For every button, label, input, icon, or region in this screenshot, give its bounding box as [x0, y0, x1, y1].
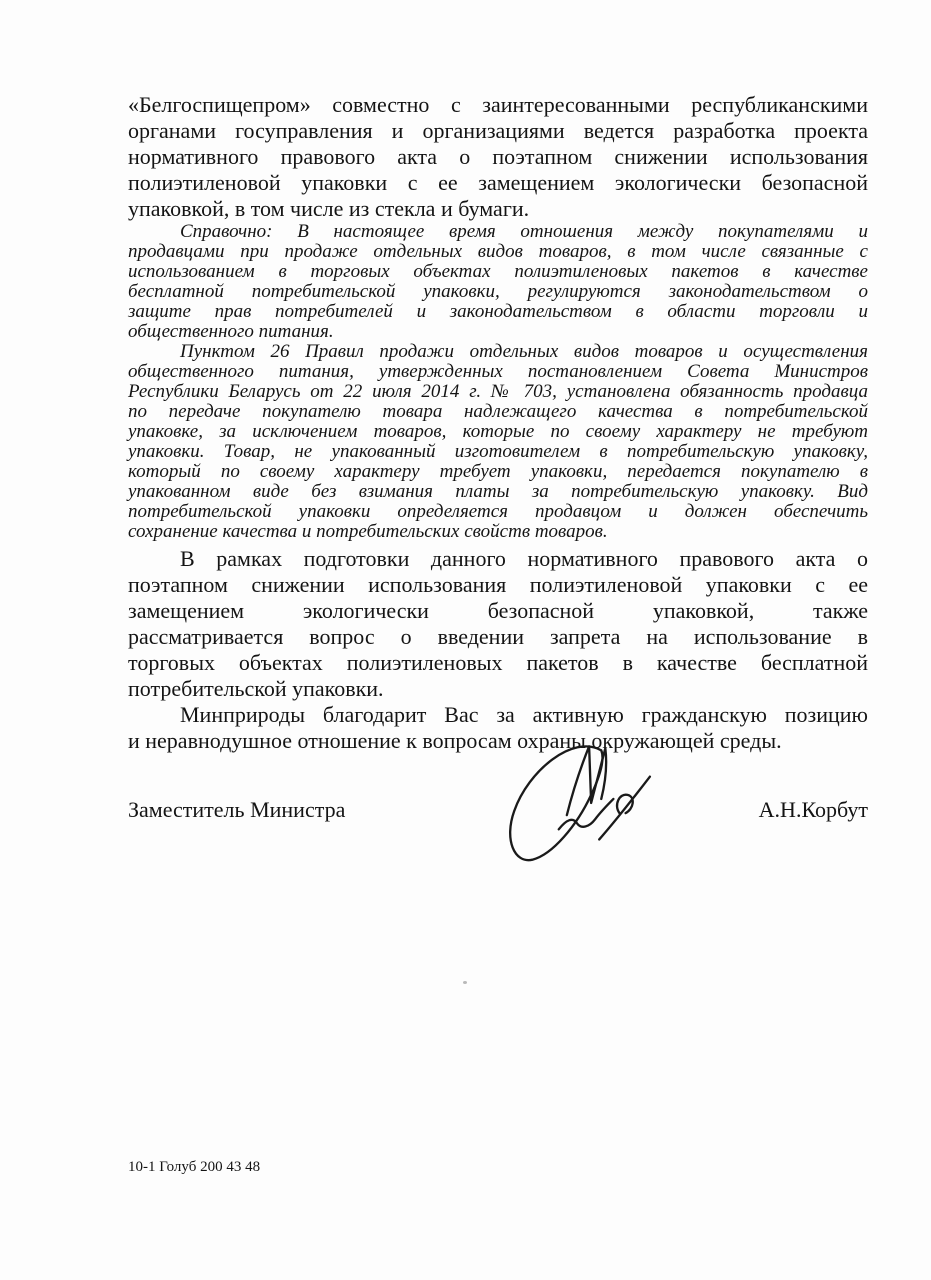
text-line: упаковки. Товар, не упакованный изготови… — [128, 442, 868, 462]
text-line: органами госуправления и организациями в… — [128, 118, 868, 144]
paragraph: Справочно: В настоящее время отношения м… — [128, 222, 868, 342]
footer-reference: 10-1 Голуб 200 43 48 — [128, 1158, 260, 1176]
text-line: сохранение качества и потребительских св… — [128, 522, 868, 542]
paragraph: Пунктом 26 Правил продажи отдельных видо… — [128, 342, 868, 542]
signer-name: А.Н.Корбут — [759, 797, 868, 823]
text-line: нормативного правового акта о поэтапном … — [128, 144, 868, 170]
text-line: Пунктом 26 Правил продажи отдельных видо… — [128, 342, 868, 362]
signer-title: Заместитель Министра — [128, 797, 345, 823]
text-line: торговых объектах полиэтиленовых пакетов… — [128, 650, 868, 676]
text-line: рассматривается вопрос о введении запрет… — [128, 624, 868, 650]
paragraph: В рамках подготовки данного нормативного… — [128, 546, 868, 702]
handwritten-signature-icon — [500, 742, 660, 866]
text-line: потребительской упаковки. — [128, 676, 868, 702]
text-line: упаковке, за исключением товаров, которы… — [128, 422, 868, 442]
text-line: потребительской упаковки определяется пр… — [128, 502, 868, 522]
paragraph: Минприроды благодарит Вас за активную гр… — [128, 702, 868, 754]
document-body: «Белгоспищепром» совместно с заинтересов… — [128, 92, 868, 754]
paragraph: «Белгоспищепром» совместно с заинтересов… — [128, 92, 868, 222]
text-line: упакованном виде без взимания платы за п… — [128, 482, 868, 502]
text-line: замещением экологически безопасной упако… — [128, 598, 868, 624]
text-line: Республики Беларусь от 22 июля 2014 г. №… — [128, 382, 868, 402]
scanned-letter-page: «Белгоспищепром» совместно с заинтересов… — [0, 0, 931, 1280]
text-line: защите прав потребителей и законодательс… — [128, 302, 868, 322]
text-line: полиэтиленовой упаковки с ее замещением … — [128, 170, 868, 196]
text-line: общественного питания. — [128, 322, 868, 342]
text-line: бесплатной потребительской упаковки, рег… — [128, 282, 868, 302]
text-line: по передаче покупателю товара надлежащег… — [128, 402, 868, 422]
text-line: общественного питания, утвержденных пост… — [128, 362, 868, 382]
text-line: продавцами при продаже отдельных видов т… — [128, 242, 868, 262]
text-line: и неравнодушное отношение к вопросам охр… — [128, 728, 868, 754]
text-line: использованием в торговых объектах полиэ… — [128, 262, 868, 282]
text-line: «Белгоспищепром» совместно с заинтересов… — [128, 92, 868, 118]
text-line: В рамках подготовки данного нормативного… — [128, 546, 868, 572]
scan-speck — [463, 981, 467, 984]
text-line: Справочно: В настоящее время отношения м… — [128, 222, 868, 242]
text-line: который по своему характеру требует упак… — [128, 462, 868, 482]
signature-row: Заместитель Министра А.Н.Корбут — [128, 797, 868, 823]
text-line: Минприроды благодарит Вас за активную гр… — [128, 702, 868, 728]
text-line: упаковкой, в том числе из стекла и бумаг… — [128, 196, 868, 222]
text-line: поэтапном снижении использования полиэти… — [128, 572, 868, 598]
